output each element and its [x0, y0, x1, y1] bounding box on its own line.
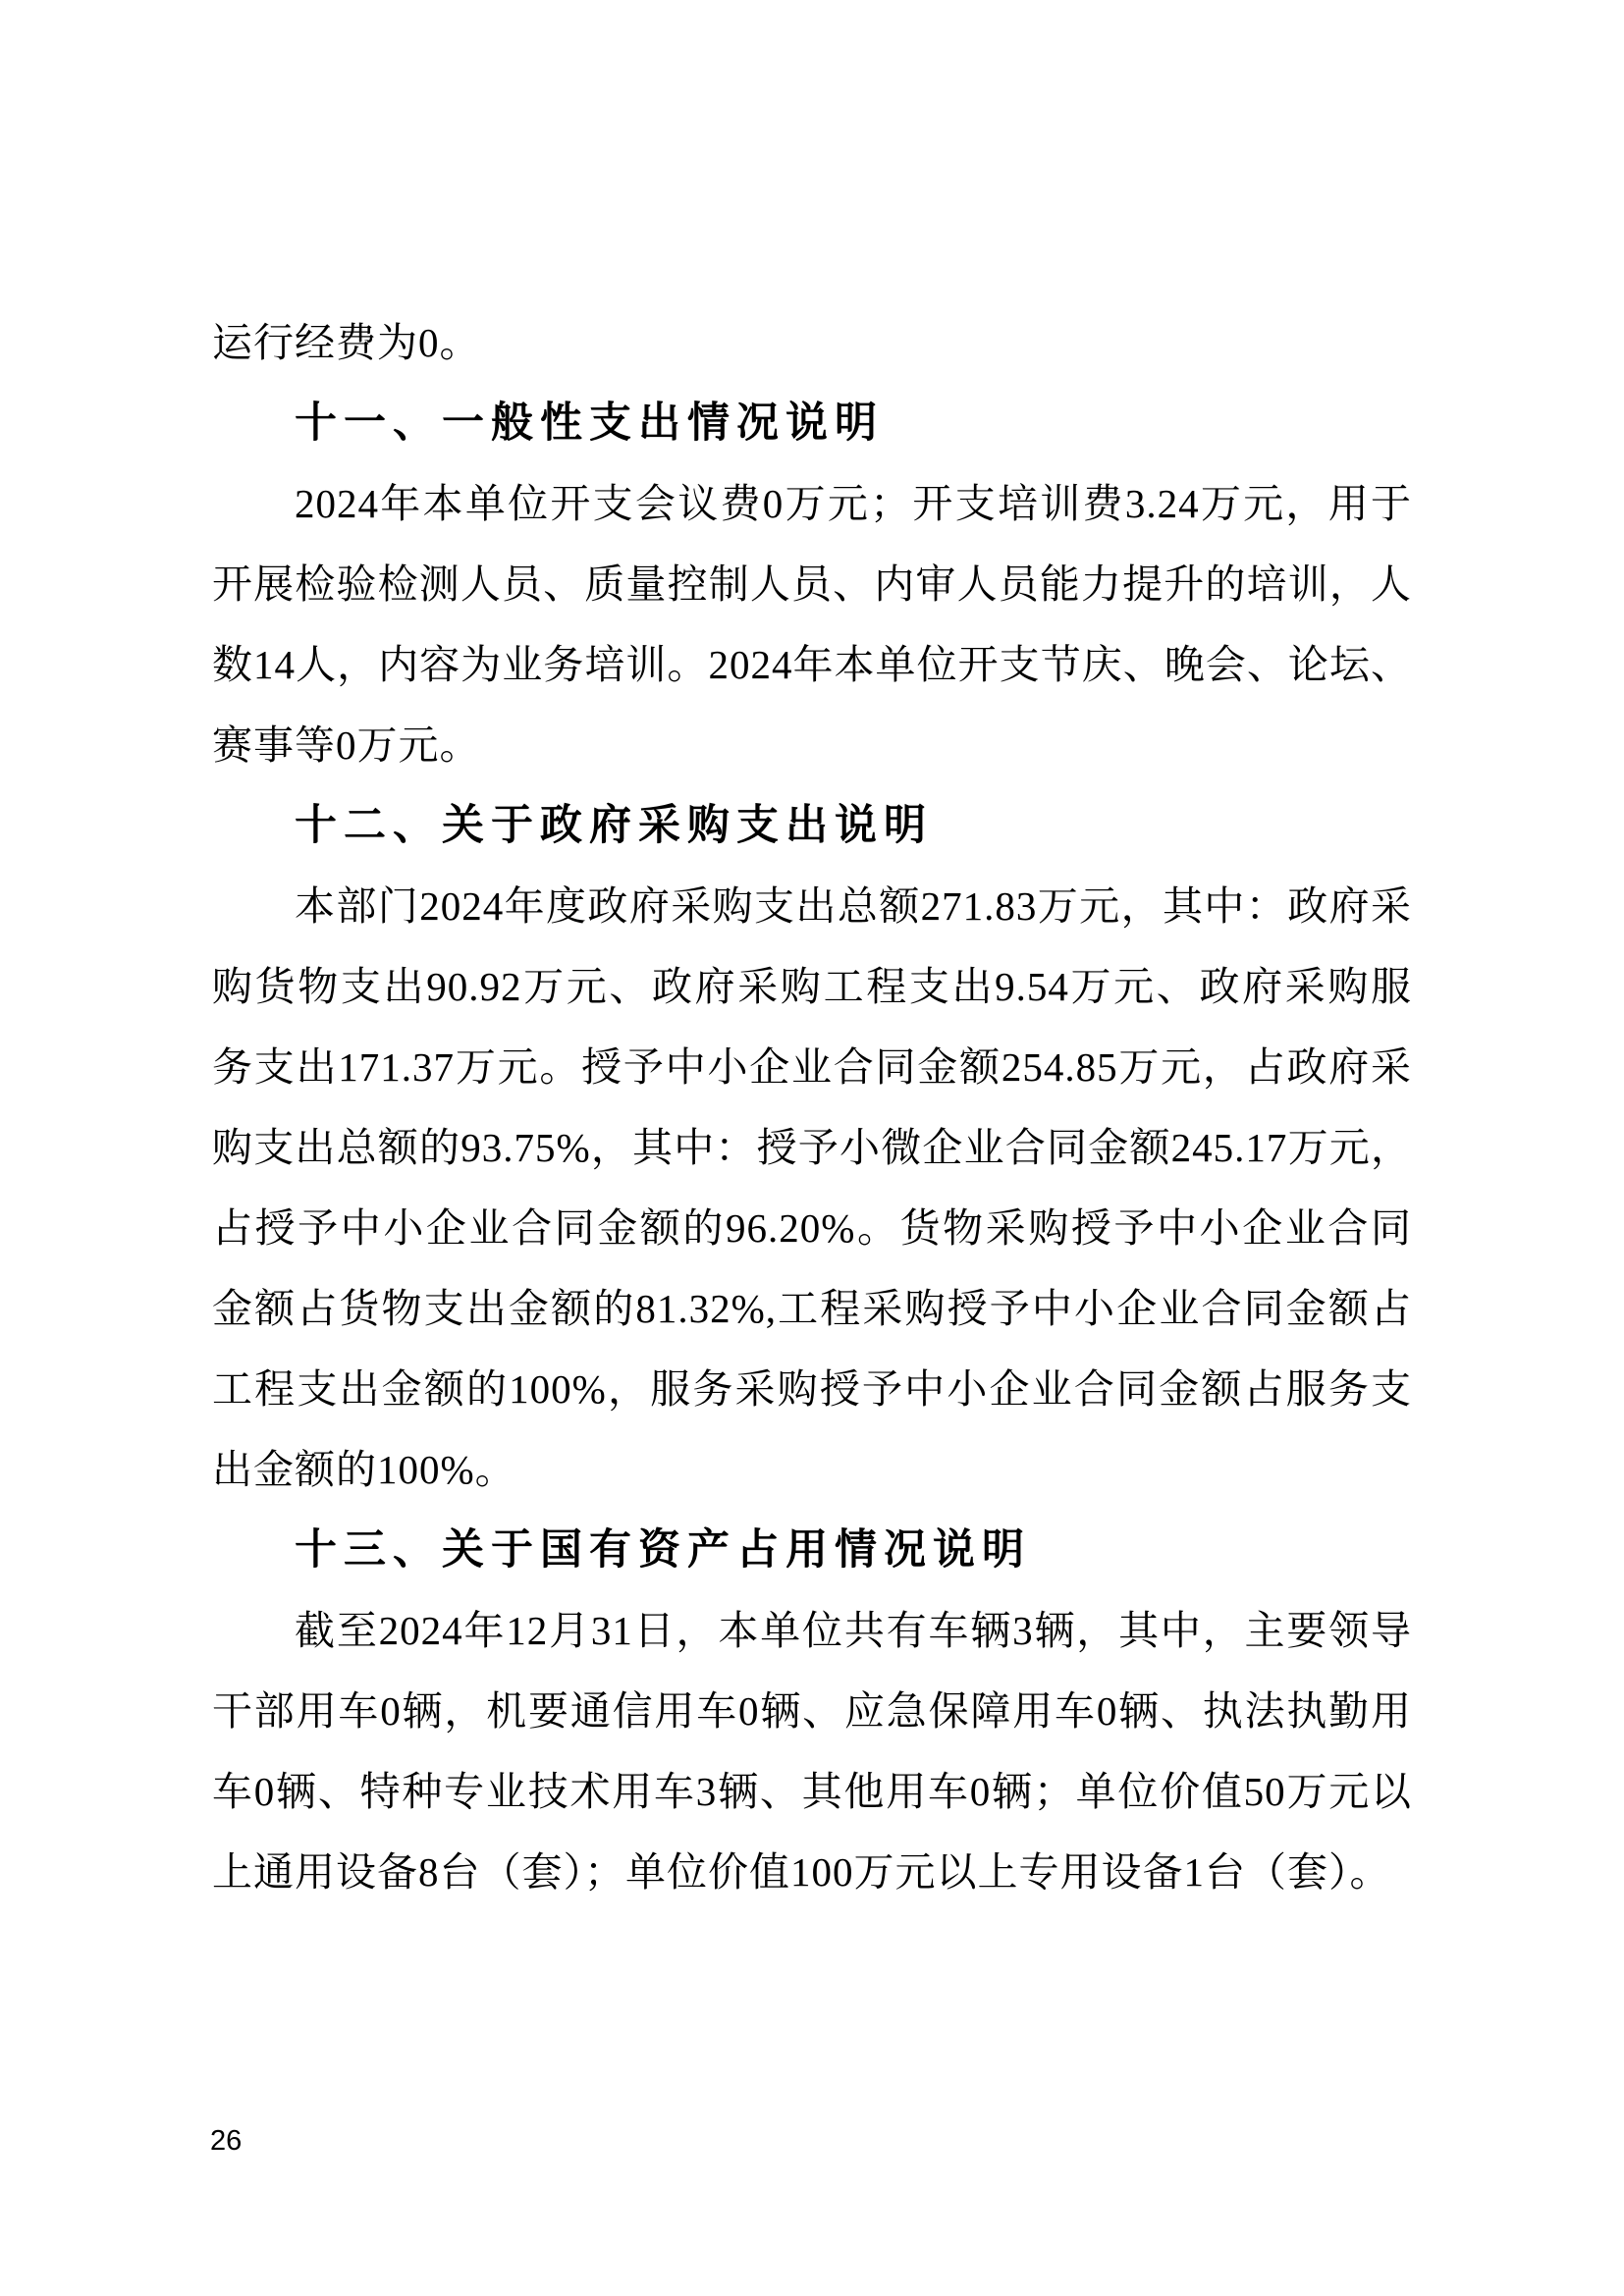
section-13-paragraph: 截至2024年12月31日，本单位共有车辆3辆，其中，主要领导干部用车0辆，机要…: [212, 1590, 1412, 1912]
section-heading-12: 十二、关于政府采购支出说明: [212, 785, 1412, 866]
section-heading-11: 十一、一般性支出情况说明: [212, 383, 1412, 463]
section-11-paragraph: 2024年本单位开支会议费0万元；开支培训费3.24万元，用于开展检验检测人员、…: [212, 463, 1412, 785]
paragraph-runover: 运行经费为0。: [212, 302, 1412, 383]
section-heading-13: 十三、关于国有资产占用情况说明: [212, 1510, 1412, 1590]
document-content: 运行经费为0。 十一、一般性支出情况说明 2024年本单位开支会议费0万元；开支…: [212, 302, 1412, 1912]
page-number: 26: [210, 2125, 242, 2157]
document-page: 运行经费为0。 十一、一般性支出情况说明 2024年本单位开支会议费0万元；开支…: [0, 0, 1624, 2296]
section-12-paragraph: 本部门2024年度政府采购支出总额271.83万元，其中：政府采购货物支出90.…: [212, 866, 1412, 1510]
